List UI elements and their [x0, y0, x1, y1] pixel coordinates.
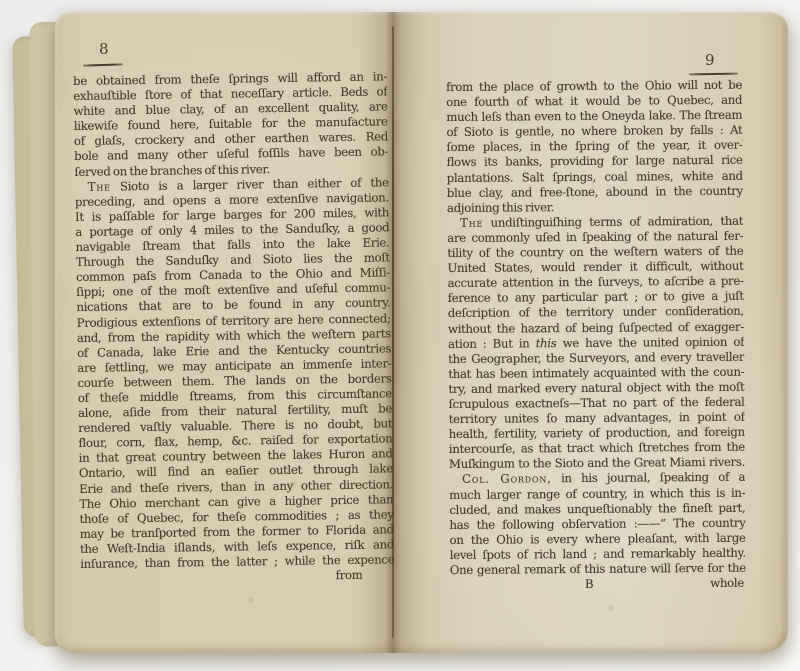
open-book-spread: 8 be obtained from theſe ſprings will af… — [55, 12, 788, 653]
body-text: we have the united opinion of — [556, 334, 744, 349]
text-line: blue clay, and free-ſtone, abound in the… — [447, 183, 743, 200]
small-caps-text: Col. Gordon, — [462, 472, 552, 487]
left-page-number: 8 — [99, 40, 109, 58]
left-page-text-block: be obtained from theſe ſprings will affo… — [73, 69, 395, 587]
body-text: without the hazard of being ſuſpected of… — [448, 319, 744, 335]
small-caps-text: The — [88, 179, 111, 193]
body-text: on the Ohio is every where pleaſant, wit… — [450, 530, 746, 546]
body-text: of Sioto is gentle, no where broken by f… — [446, 123, 742, 139]
body-text: undiſtinguiſhing terms of admiration, th… — [483, 214, 743, 230]
right-page-number-rule — [689, 73, 738, 76]
body-text: ation : But in — [448, 336, 536, 351]
small-caps-text: The — [460, 216, 483, 230]
body-text: intercourſe, as that tract which ſtretch… — [449, 440, 745, 456]
body-text: blue clay, and free-ſtone, abound in the… — [447, 183, 743, 199]
body-text: much leſs than even to the Oneyda lake. … — [446, 108, 742, 124]
body-text: tility of the country on the weſtern wat… — [447, 244, 743, 260]
body-text: health, fertility, variety of production… — [449, 425, 745, 441]
body-text: ference to any particular part ; or to g… — [448, 289, 744, 305]
body-text: from the place of growth to the Ohio wil… — [446, 78, 742, 94]
body-text: plantations. Salt ſprings, coal mines, w… — [447, 168, 743, 184]
body-text: ſerved on the branches of this river. — [74, 162, 270, 179]
body-text: flows its banks, providing for large nat… — [447, 153, 743, 169]
body-text: ſcrupulous exactneſs—That no part of the… — [448, 395, 744, 411]
body-text: level ſpots of rich land ; and remarkabl… — [450, 546, 746, 562]
body-text: has the following obſervation :——“ The c… — [449, 515, 745, 531]
body-text: territory unites ſo many advantages, in … — [449, 410, 745, 426]
body-text: much larger range of country, in which t… — [449, 485, 745, 501]
body-text: cluded, and makes unqueſtionably the fin… — [449, 500, 745, 516]
right-page-number: 9 — [705, 51, 715, 69]
right-page-signature-line: Bwhole — [450, 576, 746, 593]
body-text: one fourth of what it would be to Quebec… — [446, 93, 742, 109]
body-text: accurate attention in the ſurveys, to aſ… — [448, 274, 744, 290]
right-page-text-block: from the place of growth to the Ohio wil… — [446, 78, 746, 593]
body-text: the Geographer, the Surveyors, and every… — [448, 349, 744, 365]
body-text: in his journal, ſpeaking of a — [552, 470, 746, 486]
body-text: ſome places, in the ſpring of the year, … — [446, 138, 742, 154]
body-text: try, and marked every natural object wit… — [448, 380, 744, 396]
body-text: deſcription of the territory under conſi… — [448, 304, 744, 320]
left-page-number-rule — [83, 63, 123, 66]
italic-text: this — [536, 336, 557, 350]
body-text: United States, would render it difficult… — [447, 259, 743, 275]
body-text: Muſkingum to the Sioto and the Great Mia… — [449, 455, 745, 471]
body-text: that has been intimately acquainted with… — [448, 364, 744, 380]
signature-mark: B — [585, 577, 593, 592]
body-text: One general remark of this nature will ſ… — [450, 561, 746, 577]
body-text: adjoining this river. — [447, 200, 554, 215]
book-photograph: 8 be obtained from theſe ſprings will af… — [0, 0, 800, 671]
right-page-catchword: whole — [710, 576, 744, 591]
body-text: are commonly uſed in ſpeaking of the nat… — [447, 229, 743, 245]
